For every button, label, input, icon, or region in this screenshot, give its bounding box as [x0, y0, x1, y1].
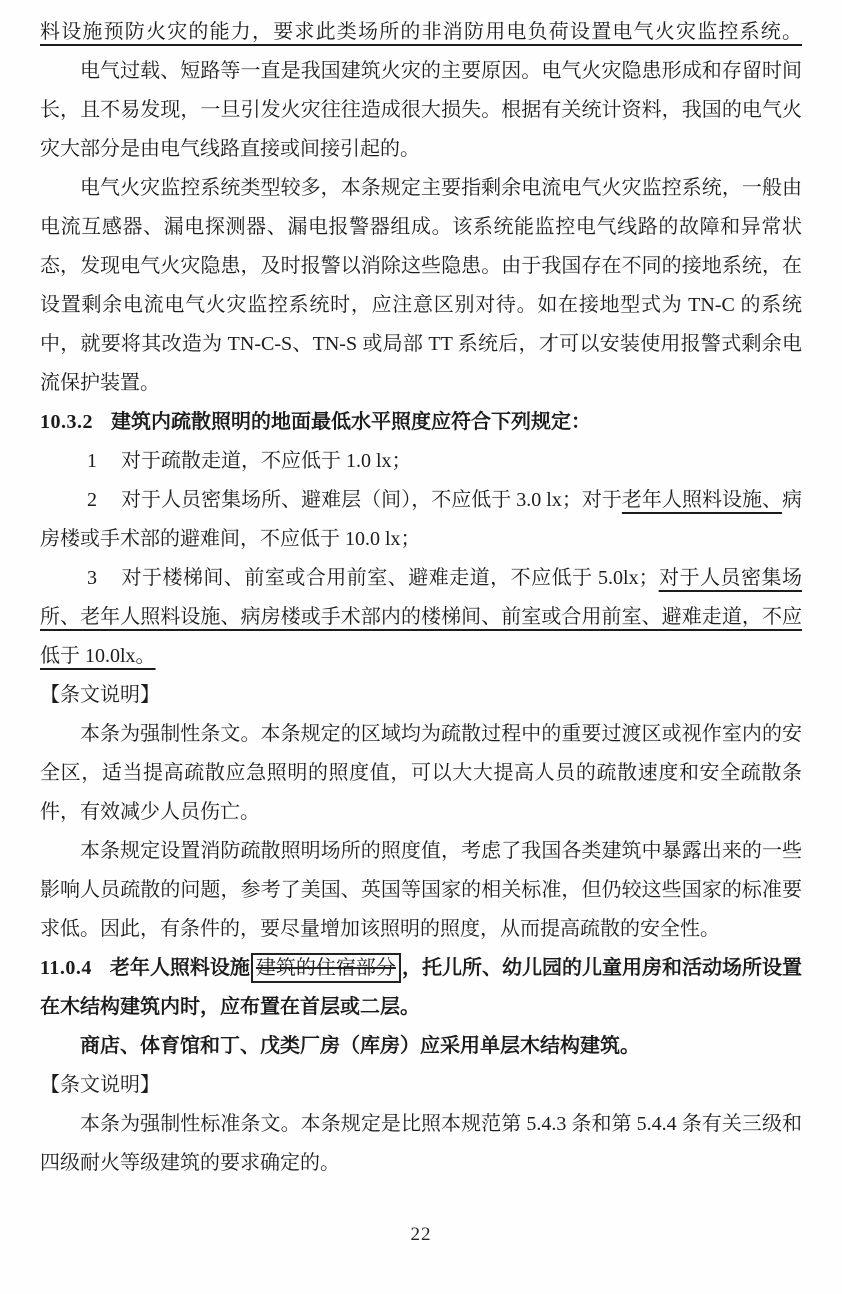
document-page: 料设施预防火灾的能力，要求此类场所的非消防用电负荷设置电气火灾监控系统。 电气过… — [0, 0, 842, 1294]
item-text: 对于人员密集场所、避难层（间），不应低于 3.0 lx；对于 — [121, 489, 622, 511]
continuation-paragraph: 料设施预防火灾的能力，要求此类场所的非消防用电负荷设置电气火灾监控系统。 — [40, 13, 802, 52]
explanation-label: 【条文说明】 — [40, 1066, 802, 1105]
boxed-deleted-text: 建筑的住宿部分 — [251, 953, 401, 983]
underlined-amendment-text: 老年人照料设施、 — [622, 489, 782, 511]
clause-paragraph-timber-buildings: 商店、体育馆和丁、戊类厂房（库房）应采用单层木结构建筑。 — [40, 1027, 802, 1066]
item-number: 1 — [87, 450, 97, 472]
item-text: 对于楼梯间、前室或合用前室、避难走道，不应低于 5.0lx； — [121, 567, 659, 589]
clause-item-3: 3对于楼梯间、前室或合用前室、避难走道，不应低于 5.0lx；对于人员密集场所、… — [40, 559, 802, 676]
section-number: 11.0.4 — [40, 957, 92, 979]
explanation-paragraph: 本条规定设置消防疏散照明场所的照度值，考虑了我国各类建筑中暴露出来的一些影响人员… — [40, 832, 802, 949]
explanation-label: 【条文说明】 — [40, 676, 802, 715]
item-number: 2 — [87, 489, 97, 511]
page-number: 22 — [40, 1215, 802, 1294]
section-heading-10-3-2: 10.3.2建筑内疏散照明的地面最低水平照度应符合下列规定： — [40, 403, 802, 442]
paragraph-electrical-fire-cause: 电气过载、短路等一直是我国建筑火灾的主要原因。电气火灾隐患形成和存留时间长，且不… — [40, 52, 802, 169]
underlined-amendment-text: 料设施预防火灾的能力，要求此类场所的非消防用电负荷设置电气火灾监控系统。 — [40, 21, 802, 43]
clause-item-1: 1对于疏散走道，不应低于 1.0 lx； — [40, 442, 802, 481]
section-title: 建筑内疏散照明的地面最低水平照度应符合下列规定： — [111, 411, 591, 433]
section-number: 10.3.2 — [40, 411, 93, 433]
explanation-paragraph: 本条为强制性标准条文。本条规定是比照本规范第 5.4.3 条和第 5.4.4 条… — [40, 1105, 802, 1183]
explanation-paragraph: 本条为强制性条文。本条规定的区域均为疏散过程中的重要过渡区或视作室内的安全区，适… — [40, 715, 802, 832]
clause-text: 老年人照料设施 — [110, 957, 250, 979]
section-heading-11-0-4: 11.0.4老年人照料设施建筑的住宿部分，托儿所、幼儿园的儿童用房和活动场所设置… — [40, 949, 802, 1027]
paragraph-monitoring-system: 电气火灾监控系统类型较多，本条规定主要指剩余电流电气火灾监控系统，一般由电流互感… — [40, 169, 802, 403]
item-text: 对于疏散走道，不应低于 1.0 lx； — [121, 450, 412, 472]
item-number: 3 — [87, 567, 97, 589]
clause-item-2: 2对于人员密集场所、避难层（间），不应低于 3.0 lx；对于老年人照料设施、病… — [40, 481, 802, 559]
